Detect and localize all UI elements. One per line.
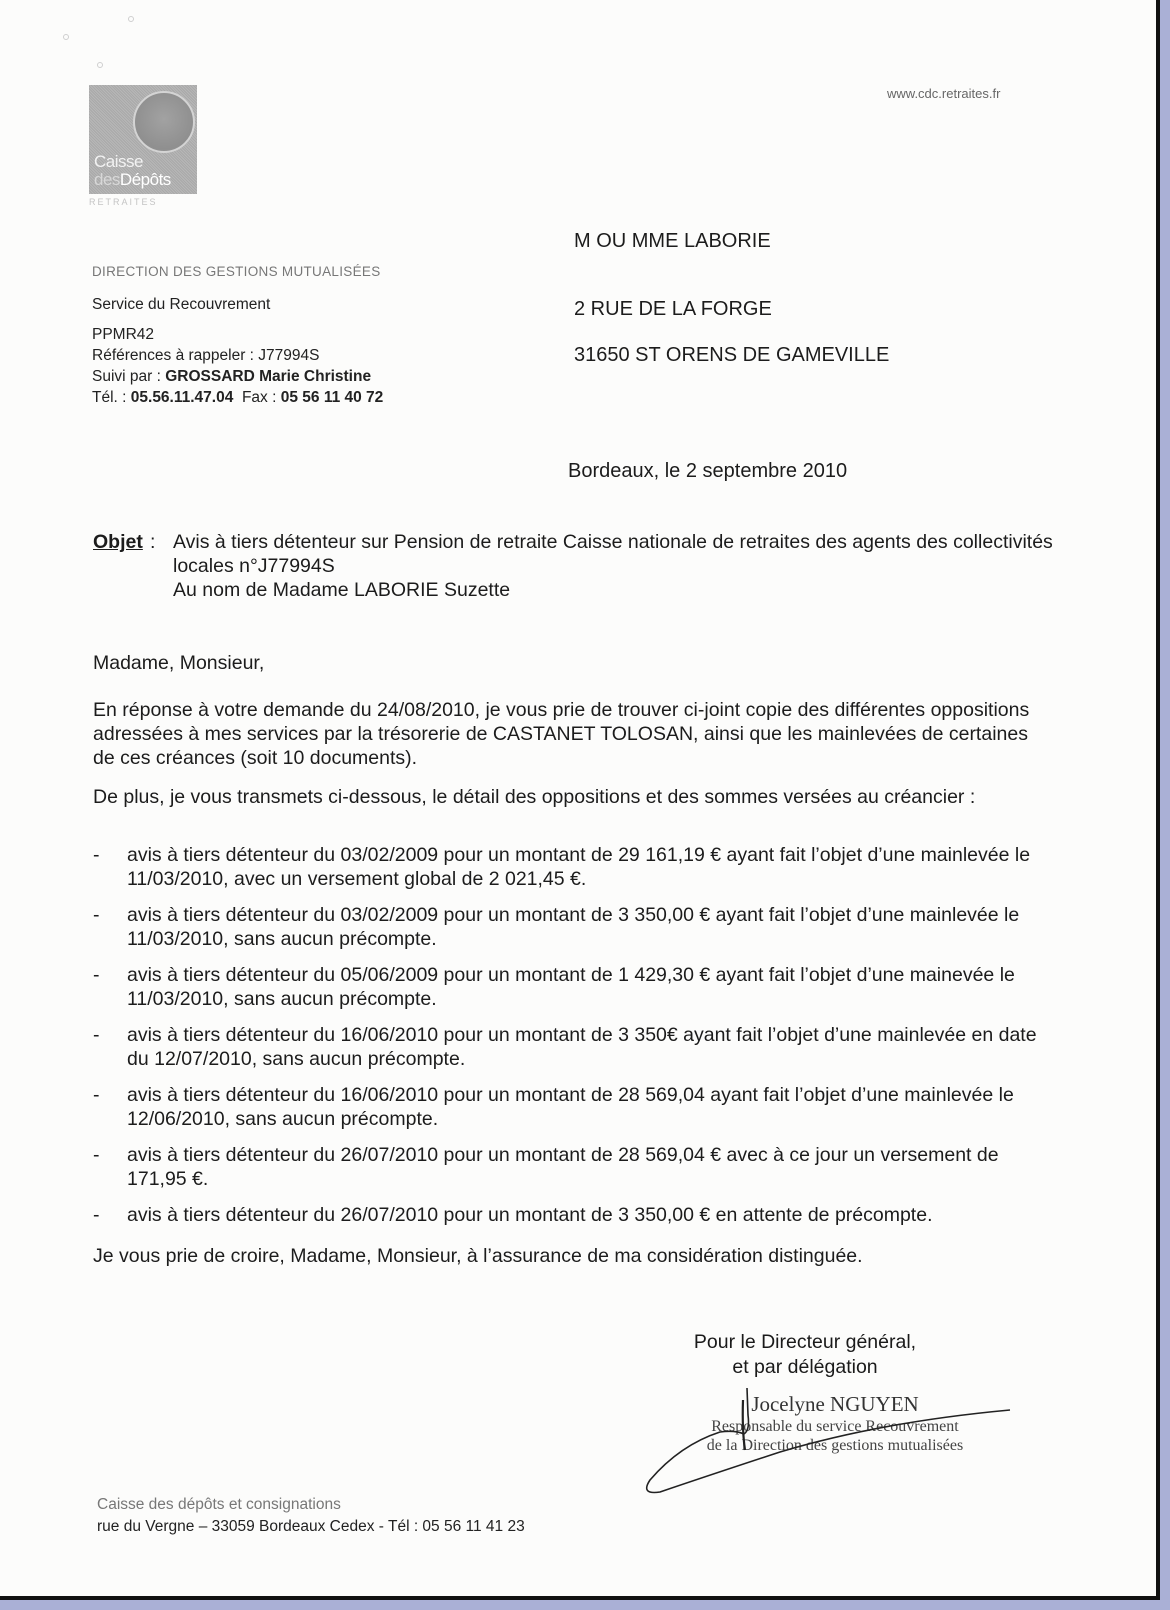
coin-emblem-icon bbox=[133, 91, 195, 153]
phone-number: 05.56.11.47.04 bbox=[131, 389, 234, 406]
scan-speck bbox=[97, 62, 103, 68]
list-item: -avis à tiers détenteur du 03/02/2009 po… bbox=[93, 843, 1053, 891]
logo-subtitle: RETRAITES bbox=[89, 197, 158, 207]
paragraph-detail: De plus, je vous transmets ci-dessous, l… bbox=[93, 785, 1033, 809]
recipient-name: M OU MME LABORIE bbox=[574, 230, 771, 253]
letter-page: Caisse desDépôts RETRAITES www.cdc.retra… bbox=[0, 0, 1160, 1600]
service-name: Service du Recouvrement bbox=[92, 294, 383, 315]
website-link[interactable]: www.cdc.retraites.fr bbox=[887, 86, 1000, 101]
closing-formula: Je vous prie de croire, Madame, Monsieur… bbox=[93, 1244, 863, 1268]
letter-date: Bordeaux, le 2 septembre 2010 bbox=[568, 460, 847, 483]
list-item: -avis à tiers détenteur du 05/06/2009 po… bbox=[93, 963, 1053, 1011]
subject-label: Objet bbox=[93, 530, 143, 554]
scan-speck bbox=[128, 16, 134, 22]
fax-number: 05 56 11 40 72 bbox=[281, 389, 384, 406]
list-item: -avis à tiers détenteur du 26/07/2010 po… bbox=[93, 1143, 1053, 1191]
list-item: -avis à tiers détenteur du 26/07/2010 po… bbox=[93, 1203, 1053, 1227]
handwritten-signature-icon bbox=[640, 1370, 1040, 1520]
opposition-list: -avis à tiers détenteur du 03/02/2009 po… bbox=[93, 843, 1053, 1239]
list-item: -avis à tiers détenteur du 16/06/2010 po… bbox=[93, 1083, 1053, 1131]
recipient-city: 31650 ST ORENS DE GAMEVILLE bbox=[574, 344, 889, 367]
scan-speck bbox=[63, 34, 69, 40]
list-item: -avis à tiers détenteur du 03/02/2009 po… bbox=[93, 903, 1053, 951]
reference-line: Références à rappeler : J77994S bbox=[92, 345, 383, 366]
contact-phone-line: Tél. : 05.56.11.47.04 Fax : 05 56 11 40 … bbox=[92, 387, 383, 408]
subject-line: Avis à tiers détenteur sur Pension de re… bbox=[173, 530, 1053, 578]
logo-line1: Caisse bbox=[94, 153, 143, 170]
department-name: DIRECTION DES GESTIONS MUTUALISÉES bbox=[92, 264, 381, 279]
paragraph-intro: En réponse à votre demande du 24/08/2010… bbox=[93, 698, 1033, 770]
list-item: -avis à tiers détenteur du 16/06/2010 po… bbox=[93, 1023, 1053, 1071]
salutation: Madame, Monsieur, bbox=[93, 651, 264, 675]
logo-line2: desDépôts bbox=[94, 171, 171, 188]
recipient-street: 2 RUE DE LA FORGE bbox=[574, 298, 772, 321]
contact-name: GROSSARD Marie Christine bbox=[165, 368, 371, 385]
caisse-des-depots-logo: Caisse desDépôts bbox=[89, 85, 197, 194]
sender-block: Service du Recouvrement PPMR42 Référence… bbox=[92, 294, 383, 408]
subject-beneficiary: Au nom de Madame LABORIE Suzette bbox=[173, 578, 1053, 602]
footer-address: rue du Vergne – 33059 Bordeaux Cedex - T… bbox=[97, 1518, 525, 1536]
reference-number: J77994S bbox=[258, 347, 319, 364]
internal-code: PPMR42 bbox=[92, 324, 383, 345]
followed-by-line: Suivi par : GROSSARD Marie Christine bbox=[92, 366, 383, 387]
footer-organization: Caisse des dépôts et consignations bbox=[97, 1496, 341, 1514]
